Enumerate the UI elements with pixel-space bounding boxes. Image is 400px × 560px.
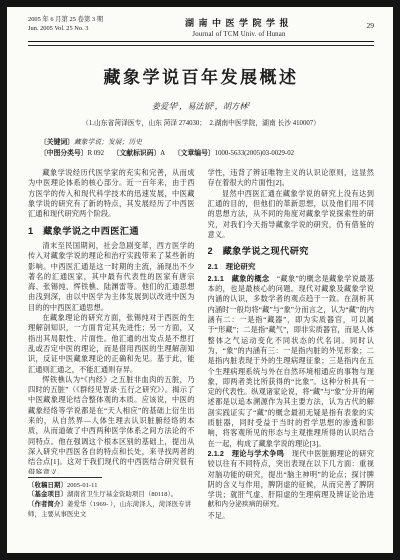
page-number: 29 (348, 16, 374, 30)
paragraph: 在藏象理论的研究方面，张锡纯对于西医的生理解剖知识，一方面肯定其先进性；另一方面… (28, 313, 195, 375)
author-bio-label: 〔作者简介〕 (28, 501, 67, 508)
author-3: 胡方林2 (223, 102, 250, 111)
footnote-rule (28, 477, 102, 478)
left-column: 藏象学说经历代医学家的充实和完善，从而成为中医理论体系的核心部分。近一百年来，由… (28, 168, 195, 520)
doc-code-value: A (160, 150, 165, 157)
journal-page: 2005 年 6 月第 25 卷第 3 期 Jun. 2005 Vol. 25 … (7, 7, 393, 553)
clc-item: 〔中图分类号〕R 092 (40, 150, 104, 157)
article-body: 藏象学说经历代医学家的充实和完善，从而成为中医理论体系的核心部分。近一百年来，由… (28, 168, 374, 520)
author-bio-line: 〔作者简介〕姜爱华（1969- ），山东菏泽人，菏泽医专讲师，主要从事医史文 (28, 500, 195, 519)
affiliation-line: （1.山东省菏泽医专，山东 菏泽 274030； 2.湖南中医学院，湖南 长沙 … (28, 117, 374, 127)
footnote-block: 〔收稿日期〕2005-01-11 〔基金项目〕湖南省卫生厅基金资助项目（8011… (28, 474, 195, 519)
paragraph: 恽铁樵认为“《内经》之五脏非血肉的五脏，乃四时的五脏”（《群经见智录·五行之研究… (28, 375, 195, 478)
fund-project-label: 〔基金项目〕 (28, 491, 67, 498)
author-2: 易法银2 (187, 102, 214, 111)
run-in-heading-2-1-1: 2.1.1 藏象的概念 (208, 274, 270, 283)
journal-title-cn: 湖南中医学院学报 (130, 16, 348, 29)
subsection-heading-2-1: 2.1 理论研究 (208, 262, 375, 272)
byline: 姜爱华1，易法银2，胡方林2 (28, 101, 374, 112)
issue-line-en: Jun. 2005 Vol. 25 No. 3 (28, 25, 130, 34)
doc-code-label: 〔文献标识码〕 (113, 150, 161, 157)
paragraph: 2.1.1 藏象的概念 “藏象”的概念是藏象学说最基本的，也是最核心的问题。现代… (208, 274, 375, 449)
keywords-label: 〔关键词〕 (40, 139, 74, 146)
author-separator: ， (215, 102, 223, 111)
received-date-line: 〔收稿日期〕2005-01-11 (28, 481, 195, 491)
issue-info: 2005 年 6 月第 25 卷第 3 期 Jun. 2005 Vol. 25 … (28, 16, 130, 33)
keywords-line: 〔关键词〕藏象学说；发展；历史 (40, 138, 362, 149)
clc-value: R 092 (88, 150, 104, 157)
keywords-text: 藏象学说；发展；历史 (74, 139, 142, 146)
author-bio-continuation: 献和内分泌疾病的研究。 (208, 500, 375, 510)
author-3-affil-mark: 2 (247, 101, 250, 107)
issue-line-cn: 2005 年 6 月第 25 卷第 3 期 (28, 16, 130, 25)
scan-border: 2005 年 6 月第 25 卷第 3 期 Jun. 2005 Vol. 25 … (0, 0, 400, 560)
article-title: 藏象学说百年发展概述 (28, 63, 374, 88)
article-id-value: 1000-5633(2005)03-0029-02 (215, 150, 294, 157)
journal-title-en: Journal of TCM Univ. of Hunan (130, 31, 348, 38)
section-heading-2: 2 藏象学说之现代研究 (208, 246, 375, 256)
section-heading-1: 1 藏象学说之中西医汇通 (28, 226, 195, 236)
received-date-label: 〔收稿日期〕 (28, 482, 67, 489)
right-column: 学性，违背了辨证唯物主义的认识论原则，这显然存在着很大的片面性[2]。 显然中西… (208, 168, 375, 520)
received-date-value: 2005-01-11 (67, 482, 98, 489)
meta-block: 〔关键词〕藏象学说；发展；历史 〔中图分类号〕R 092 〔文献标识码〕A 〔文… (28, 138, 374, 159)
run-in-heading-2-1-2: 2.1.2 理论与学术争鸣 (208, 449, 285, 458)
paragraph: 清末至民国期间，社会急剧变革，西方医学的传入对藏象学说的理论和治疗实践带来了某些… (28, 241, 195, 313)
clc-label: 〔中图分类号〕 (40, 150, 88, 157)
journal-title-block: 湖南中医学院学报 Journal of TCM Univ. of Hunan (130, 16, 348, 38)
fund-project-value: 湖南省卫生厅基金资助项目（80118）。 (67, 491, 177, 498)
page-header: 2005 年 6 月第 25 卷第 3 期 Jun. 2005 Vol. 25 … (28, 14, 374, 38)
article-id-item: 〔文章编号〕1000-5633(2005)03-0029-02 (174, 150, 294, 157)
author-1: 姜爱华1 (152, 102, 179, 111)
fund-project-line: 〔基金项目〕湖南省卫生厅基金资助项目（80118）。 (28, 490, 195, 500)
paragraph: 藏象学说经历代医学家的充实和完善，从而成为中医理论体系的核心部分。近一百年来，由… (28, 168, 195, 219)
doc-code-item: 〔文献标识码〕A (113, 150, 166, 157)
article-id-label: 〔文章编号〕 (174, 150, 215, 157)
paragraph-continuation: 学性，违背了辨证唯物主义的认识论原则，这显然存在着很大的片面性[2]。 (208, 168, 375, 189)
header-rule (28, 41, 374, 46)
classification-line: 〔中图分类号〕R 092 〔文献标识码〕A 〔文章编号〕1000-5633(20… (40, 149, 362, 160)
paragraph-text: “藏象”的概念是藏象学说最基本的，也是最核心的问题。现代对藏象及藏象学说内涵的认… (208, 275, 375, 448)
paragraph: 显然中西医汇通在藏象学说的研究上没有达到汇通的目的，但他们的革新思想，以及他们用… (208, 189, 375, 240)
